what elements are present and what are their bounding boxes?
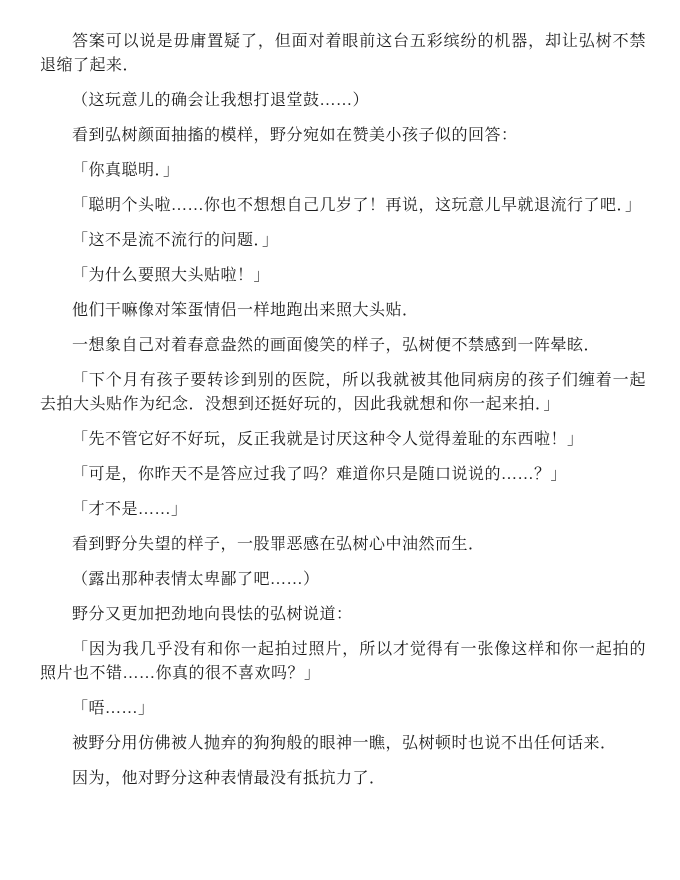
paragraph: 因为，他对野分这种表情最没有抵抗力了． bbox=[40, 767, 646, 791]
paragraph: 看到弘树颜面抽搐的模样，野分宛如在赞美小孩子似的回答： bbox=[40, 124, 646, 148]
paragraph: 他们干嘛像对笨蛋情侣一样地跑出来照大头贴． bbox=[40, 299, 646, 323]
paragraph: 「你真聪明．」 bbox=[40, 159, 646, 183]
paragraph: 「这不是流不流行的问题．」 bbox=[40, 229, 646, 253]
paragraph: 野分又更加把劲地向畏怯的弘树说道： bbox=[40, 603, 646, 627]
paragraph: 答案可以说是毋庸置疑了，但面对着眼前这台五彩缤纷的机器，却让弘树不禁退缩了起来． bbox=[40, 30, 646, 78]
paragraph: 「唔……」 bbox=[40, 697, 646, 721]
paragraph: 「才不是……」 bbox=[40, 498, 646, 522]
paragraph: 「下个月有孩子要转诊到别的医院，所以我就被其他同病房的孩子们缠着一起去拍大头贴作… bbox=[40, 369, 646, 417]
paragraph: 看到野分失望的样子，一股罪恶感在弘树心中油然而生． bbox=[40, 533, 646, 557]
document-page: 答案可以说是毋庸置疑了，但面对着眼前这台五彩缤纷的机器，却让弘树不禁退缩了起来．… bbox=[0, 0, 680, 880]
paragraph: 被野分用仿佛被人抛弃的狗狗般的眼神一瞧，弘树顿时也说不出任何话来． bbox=[40, 732, 646, 756]
paragraph: 「可是，你昨天不是答应过我了吗？难道你只是随口说说的……？」 bbox=[40, 463, 646, 487]
paragraph: 「聪明个头啦……你也不想想自己几岁了！再说，这玩意儿早就退流行了吧．」 bbox=[40, 194, 646, 218]
paragraph: 「为什么要照大头贴啦！」 bbox=[40, 264, 646, 288]
paragraph: 「先不管它好不好玩，反正我就是讨厌这种令人觉得羞耻的东西啦！」 bbox=[40, 428, 646, 452]
paragraph: 「因为我几乎没有和你一起拍过照片，所以才觉得有一张像这样和你一起拍的照片也不错…… bbox=[40, 638, 646, 686]
paragraph: （这玩意儿的确会让我想打退堂鼓……） bbox=[40, 89, 646, 113]
paragraph: （露出那种表情太卑鄙了吧……） bbox=[40, 568, 646, 592]
paragraph: 一想象自己对着春意盎然的画面傻笑的样子，弘树便不禁感到一阵晕眩． bbox=[40, 334, 646, 358]
